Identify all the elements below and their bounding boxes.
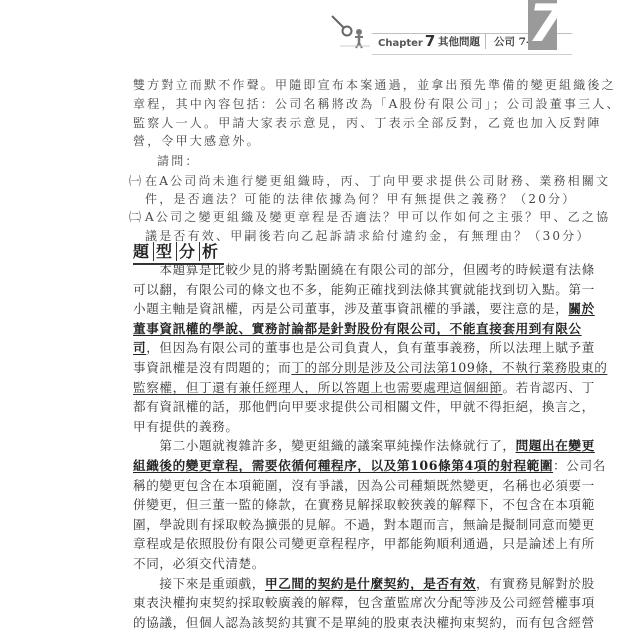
text-run: 本題算是比較少見的將考點圍繞在有限公司的部分，但國考的時候還有法條 [133, 262, 595, 277]
text-run: 接下來是重頭戲， [133, 576, 265, 591]
paragraph-line: 監察權，但丁還有兼任經理人，所以答題上也需要處理這個細節。若肯認丙、丁 [133, 380, 595, 396]
text-run: ，但因為有限公司的董事也是公司負責人，負有董事義務，所以法理上賦予董 [146, 340, 595, 355]
paragraph-line: 不同，必須交代清楚。 [133, 556, 265, 572]
emphasized-text: 關於 [568, 301, 594, 316]
paragraph-line: 稱的變更包含在本項範圍，沒有爭議，因為公司種類既然變更，名稱也必須要一 [133, 478, 595, 494]
question-line: 章程，其中內容包括：公司名稱將改為「A股份有限公司」；公司設董事三人、 [133, 96, 621, 112]
text-run: 第二小題就複雜許多，變更組織的議案單純操作法條就行了， [133, 438, 516, 453]
emphasized-text: 董事資訊權的學說、實務討論都是針對股份有限公司，不能直接套用到有限公 [133, 321, 582, 336]
sub-question-marker: ㈡ [129, 209, 143, 225]
text-run: 圍，學說則有採取較為擴張的見解。不過，對本題而言，無論是擬制同意而變更 [133, 517, 595, 532]
paragraph-line: 司，但因為有限公司的董事也是公司負責人，負有董事義務，所以法理上賦予董 [133, 340, 595, 356]
paragraph-line: 本題算是比較少見的將考點圍繞在有限公司的部分，但國考的時候還有法條 [133, 262, 595, 278]
paragraph-line: 接下來是重頭戲，甲乙間的契約是什麼契約，是否有效，有實務見解對於股 [133, 576, 595, 592]
heading-char: 型 [156, 242, 177, 261]
paragraph-line: 圍，學說則有採取較為擴張的見解。不過，對本題而言，無論是擬制同意而變更 [133, 517, 595, 533]
chapter-word: Chapter [378, 38, 423, 49]
emphasized-text: 組織後的變更章程，需要依循何種程序，以及第106條第4項的射程範圍 [133, 458, 553, 473]
heading-char: 析 [202, 242, 222, 261]
sub-question-line: 在A公司尚未進行變更組織時，丙、丁向甲要求提供公司財務、業務相關文 [145, 173, 610, 189]
question-line: 監察人一人。甲請大家表示意見，丙、丁表示全部反對，乙竟也加入反對陣 [133, 115, 602, 131]
magnifier-mascot-icon [330, 10, 370, 50]
text-run: 。若肯認丙、丁 [502, 380, 594, 395]
sub-question-line: 件，是否適法？可能的法律依據為何？甲有無提供之義務？（20分） [145, 191, 576, 207]
text-run: 併變更，但三董一監的條款，在實務見解採取較狹義的解釋下，不包含在本項範 [133, 497, 595, 512]
running-header: Chapter7 其他問題 公司 7-17 [330, 10, 530, 50]
paragraph-line: 第二小題就複雜許多，變更組織的議案單純操作法條就行了，問題出在變更 [133, 438, 595, 454]
chapter-number: 7 [425, 32, 435, 50]
sub-question-marker: ㈠ [129, 173, 143, 189]
text-run: 的協議，但個人認為該契約其實不是單純的股東表決權拘束契約，而有包含經營 [133, 615, 595, 630]
paragraph-line: 都有資訊權的話，那他們向甲要求提供公司相關文件，甲就不得拒絕，換言之， [133, 399, 595, 415]
paragraph-line: 可以翻，有限公司的條文也不多，能夠正確找到法條其實就能找到切入點。第一 [133, 282, 595, 298]
text-run: ：公司名 [553, 458, 606, 473]
paragraph-line: 甲有提供的義務。 [133, 419, 239, 435]
chapter-title: 其他問題 [438, 34, 480, 49]
text-run: 不同，必須交代清楚。 [133, 556, 265, 571]
chapter-label: Chapter7 [378, 32, 439, 50]
text-run: 事資訊權是沒有問題的；而 [133, 360, 291, 375]
emphasized-text: 司 [133, 340, 146, 355]
text-run: ，有實務見解對於股 [476, 576, 595, 591]
text-run: 甲有提供的義務。 [133, 419, 239, 434]
question-line: 營，令甲大感意外。 [133, 133, 261, 149]
text-run: 章程或是依照股份有限公司變更章程程序，甲都能夠順利通過，只是論述上有所 [133, 536, 595, 551]
heading-char: 分 [179, 242, 200, 261]
paragraph-line: 小題主軸是資訊權，丙是公司董事，涉及董事資訊權的爭議，要注意的是，關於 [133, 301, 595, 317]
paragraph-line: 東表決權拘束契約採取較廣義的解釋，包含董監席次分配等涉及公司經營權事項 [133, 595, 595, 611]
paragraph-line: 事資訊權是沒有問題的；而丁的部分則是涉及公司法第109條，不執行業務股東的 [133, 360, 607, 376]
text-run: 小題主軸是資訊權，丙是公司董事，涉及董事資訊權的爭議，要注意的是， [133, 301, 568, 316]
text-run: 稱的變更包含在本項範圍，沒有爭議，因為公司種類既然變更，名稱也必須要一 [133, 478, 595, 493]
text-run: 都有資訊權的話，那他們向甲要求提供公司相關文件，甲就不得拒絕，換言之， [133, 399, 595, 414]
paragraph-line: 併變更，但三董一監的條款，在實務見解採取較狹義的解釋下，不包含在本項範 [133, 497, 595, 513]
paragraph-line: 董事資訊權的學說、實務討論都是針對股份有限公司，不能直接套用到有限公 [133, 321, 582, 337]
sub-question-line: A公司之變更組織及變更章程是否適法？甲可以作如何之主張？甲、乙之協 [145, 209, 610, 225]
emphasized-text: 問題出在變更 [516, 438, 595, 453]
emphasized-text: 丁的部分則是涉及公司法第109條，不執行業務股東的 [291, 360, 607, 375]
paragraph-line: 章程或是依照股份有限公司變更章程程序，甲都能夠順利通過，只是論述上有所 [133, 536, 595, 552]
emphasized-text: 甲乙間的契約是什麼契約，是否有效 [265, 576, 476, 591]
question-line: 雙方對立而默不作聲。甲隨即宣布本案通過，並拿出預先準備的變更組織後之 [133, 77, 616, 93]
paragraph-line: 組織後的變更章程，需要依循何種程序，以及第106條第4項的射程範圍：公司名 [133, 458, 606, 474]
text-run: 東表決權拘束契約採取較廣義的解釋，包含董監席次分配等涉及公司經營權事項 [133, 595, 595, 610]
ask-label: 請問： [157, 153, 200, 169]
heading-char: 題 [133, 242, 154, 261]
emphasized-text: 監察權，但丁還有兼任經理人，所以答題上也需要處理這個細節 [133, 380, 502, 395]
paragraph-line: 的協議，但個人認為該契約其實不是單純的股東表決權拘束契約，而有包含經營 [133, 615, 595, 631]
chapter-thumb-tab: 7 [528, 0, 557, 50]
text-run: 可以翻，有限公司的條文也不多，能夠正確找到法條其實就能找到切入點。第一 [133, 282, 595, 297]
